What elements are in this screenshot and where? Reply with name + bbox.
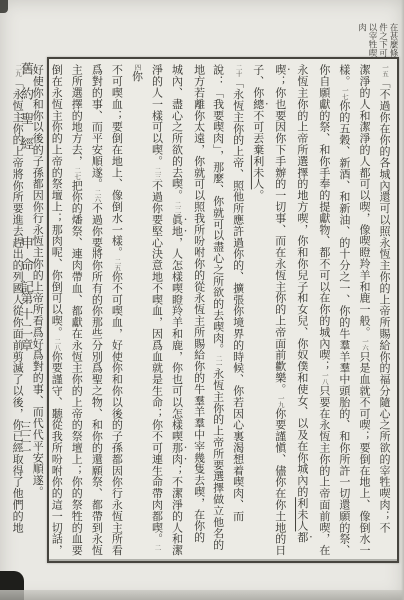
verse-text: 只是血就不可喫；要倒在地上、像倒水一 xyxy=(358,351,370,556)
verse-text: 城內、盡心之所欲的去喫。 xyxy=(171,64,183,201)
text-column: 二九「永恆主你的上帝將你所要進去趕出的列國人從你面前剪滅了以後，你已經取得了他們… xyxy=(7,64,27,556)
verse-number: 一七 xyxy=(341,87,348,100)
text-column: 倒在永恆主你的上帝的祭壇上；那肉呢、你倒可以喫。二八你要謹守、聽從我所吩咐你的這… xyxy=(46,64,66,556)
verse-text: 地方若離你太遠，你就可以照我所吩咐你的從永恆主所賜給你的牛羣羊羣中宰幾隻去喫，在… xyxy=(193,64,205,543)
verse-text: 說：「我要喫肉」，那麼、你就可以盡心之所欲的去喫肉。 xyxy=(212,64,224,355)
verse-number: 一六 xyxy=(361,338,368,351)
text-column: 不可喫血；要倒在地上、像倒水一樣。二五你不可喫血，好使你和你以後的子孫都因你行永… xyxy=(106,64,126,556)
verse-text: 總 xyxy=(252,98,264,109)
verse-number: 一八 xyxy=(321,372,328,385)
verse-text: 主所選擇的地方去， xyxy=(70,64,82,167)
verse-text: 喫 xyxy=(274,64,286,75)
verse-number: 二九 xyxy=(14,64,21,77)
verse-number: 二六 xyxy=(93,189,100,202)
verse-text: ；你也要因你下手辦的一切事、而在永恆主你的上帝面前歡樂。 xyxy=(274,75,286,394)
verse-text: 不過你要堅心決意地不喫血，因爲血就是生命；你不可連生命帶肉都喫。 xyxy=(150,180,162,545)
verse-text: 永恆主你的上帝所要選擇做立他名的 xyxy=(212,368,224,550)
verse-number: 二七 xyxy=(73,167,80,180)
verse-text: 只要在永恆主你的上帝面前喫，在 xyxy=(318,385,330,556)
scan-artifact-top-left xyxy=(0,0,8,13)
text-column: 城內、盡心之所欲的去喫。二二眞地，人怎樣喫瞪羚羊和鹿，你也可以怎樣喫那肉；不潔淨… xyxy=(166,64,188,556)
text-column: 淨的人一樣可以喫。二三不過你要堅心決意地不喫血，因爲血就是生命；你不可連生命帶肉… xyxy=(126,64,166,556)
verse-text: 你不可喫血，好使你和你以後的子孫都因你行永恆主所看 xyxy=(110,271,122,556)
verse-number: 二八 xyxy=(53,338,60,351)
verse-text: 不可丟棄 xyxy=(252,110,264,156)
verse-text: 不過你要將你所有的你那些分別爲聖之物、和你的還願祭、都帶到永恆 xyxy=(90,202,102,555)
verse-text: 不可喫血；要倒在地上、像倒水一樣。 xyxy=(110,64,122,258)
verse-number: 二一 xyxy=(215,355,222,368)
verse-text: ；不潔淨的人和潔 xyxy=(171,465,183,556)
verse-text: 。 xyxy=(252,189,264,200)
verse-text: 淨的人一樣可以喫。 xyxy=(150,64,162,167)
text-column: 樣。一七你的五穀、新酒、和新油、的十分之一、你的牛羣羊羣中頭胎的、和你所許一切還… xyxy=(334,64,354,556)
verse-text: 都 xyxy=(296,531,308,542)
verse-text: 你 xyxy=(130,71,142,82)
text-column: 永恆主你的上帝所選擇的地方喫，你和你兒子和女兒、你奴僕和使女、以及在你城內的利未… xyxy=(292,64,314,556)
text-column: 你自願獻的祭、和你手奉的提獻物、都不可以在你的城內喫；一八只要在永恆主你的上帝面… xyxy=(314,64,334,556)
text-column: 說：「我要喫肉」，那麼、你就可以盡心之所欲的去喫肉。二一永恆主你的上帝所要選擇做… xyxy=(208,64,228,556)
verse-text: 爲對的事、而平安順遂。 xyxy=(90,64,102,189)
verse-number: 二三 xyxy=(153,167,160,180)
verse-text: 利未人 xyxy=(252,155,264,189)
text-column: 主所選擇的地方去，二七把你的燔祭、連肉帶血、都獻在永恆主你的上帝的祭壇上；你的祭… xyxy=(66,64,86,556)
scan-artifact-bottom-left xyxy=(0,571,24,600)
verse-number: 二十 xyxy=(235,64,242,77)
scan-artifact-bottom-edge xyxy=(0,590,404,600)
verse-number: 一九 xyxy=(277,395,284,408)
text-column: 好使你和你以後的子孫都因你行永恆主你的上帝所看爲好爲對的事、而代代平安順遂。 xyxy=(27,64,46,556)
verse-text: 好使你和你以後的子孫都因你行永恆主你的上帝所看爲好爲對的事、而代代平安順遂。 xyxy=(31,64,43,497)
verse-text: 「永恆主你的上帝、照他所應許過你的、擴張你境界的時候、你若因心裏渴想着喫肉、而 xyxy=(232,77,244,522)
text-columns: 一五「不過你在你的各城內還可以照永恆主你的上帝所賜給你的福分隨心之所欲的宰牲喫肉… xyxy=(51,64,394,556)
text-frame: 一五「不過你在你的各城內還可以照永恆主你的上帝所賜給你的福分隨心之所欲的宰牲喫肉… xyxy=(47,57,399,563)
verse-text: 利未人 xyxy=(296,497,308,531)
verse-text: 把你的燔祭、連肉帶血、都獻在永恆主你的上帝的祭壇上；你的祭牲的血要 xyxy=(70,180,82,556)
verse-text: 你的五穀、新酒、和新油、的十分之一、你的牛羣羊羣中頭胎的、和你所許一切還願的祭、 xyxy=(338,100,350,556)
verse-text: ，人怎樣喫瞪羚羊和鹿，你也可以怎樣喫 xyxy=(171,237,183,442)
verse-text: 子、你 xyxy=(252,64,264,98)
scanned-page: 在甚麼條件之下可以宰牲喫肉 舊約聖經 申命記 第十二章 三二一 一五「不過你在你… xyxy=(0,0,404,600)
text-column: 二十「永恆主你的上帝、照他所應許過你的、擴張你境界的時候、你若因心裏渴想着喫肉、… xyxy=(228,64,248,556)
verse-number: 二二 xyxy=(174,201,181,214)
text-column: 潔淨的人和潔淨的人都可以喫，像喫瞪羚羊和鹿一般。一六只是血就不可喫；要倒在地上、… xyxy=(354,64,374,556)
verse-text: 樣。 xyxy=(338,64,350,87)
verse-text: 倒在永恆主你的上帝的祭壇上；那肉呢、你倒可以喫。 xyxy=(50,64,62,338)
verse-text: 那肉 xyxy=(171,442,183,465)
verse-text: 潔淨的人和潔淨的人都可以喫，像喫瞪羚羊和鹿一般。 xyxy=(358,64,370,338)
text-column: 地方若離你太遠，你就可以照我所吩咐你的從永恆主所賜給你的牛羣羊羣中宰幾隻去喫，在… xyxy=(189,64,208,556)
text-column: 爲對的事、而平安順遂。二六不過你要將你所有的你那些分別爲聖之物、和你的還願祭、都… xyxy=(86,64,106,556)
text-column: 一五「不過你在你的各城內還可以照永恆主你的上帝所賜給你的福分隨心之所欲的宰牲喫肉… xyxy=(374,64,394,556)
verse-text: 「永恆主你的上帝將你所要進去趕出的列國人從你面前剪滅了以後，你已經取得了他們的地 xyxy=(11,77,23,533)
verse-number: 一五 xyxy=(381,64,388,77)
text-column: 子、你總不可丟棄利未人。 xyxy=(248,64,270,556)
verse-text: 你自願獻的祭、和你手奉的提獻物、都不可以在你的城內喫； xyxy=(318,64,330,372)
verse-text: 「不過你在你的各城內還可以照永恆主你的上帝所賜給你的福分隨心之所欲的宰牲喫肉；不 xyxy=(378,77,390,533)
text-column: 喫；你也要因你下手辦的一切事、而在永恆主你的上帝面前歡樂。一九你要謹愼、儘你在你… xyxy=(270,64,292,556)
verse-text: 你要謹愼、儘你在你土地的日 xyxy=(274,408,286,556)
verse-number: 二五 xyxy=(113,258,120,271)
verse-text: 永恆主你的上帝所選擇的地方喫，你和你兒子和女兒、你奴僕和使女、以及在你城內的 xyxy=(296,64,308,497)
verse-text: 你要謹守、聽從我所吩咐你的這一切話， xyxy=(50,351,62,556)
verse-text: 眞地 xyxy=(171,214,183,237)
